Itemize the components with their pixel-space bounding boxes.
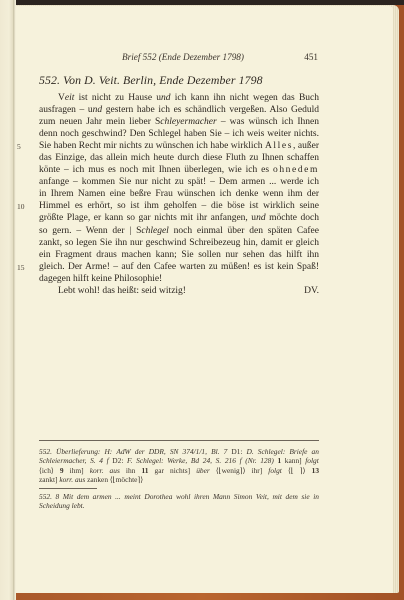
running-head-title: Brief 552 (Ende Dezember 1798)	[122, 52, 244, 62]
letter-line: Veit ist nicht zu Hause und ich kann ihn…	[39, 92, 319, 104]
letter-heading: 552. Von D. Veit. Berlin, Ende Dezember …	[39, 73, 263, 88]
letter-body: Veit ist nicht zu Hause und ich kann ihn…	[39, 92, 319, 297]
letter-closing: Lebt wohl! das heißt: seid witzig! DV.	[39, 285, 319, 297]
letter-line: Himmel es erhört, so ist ihm geholfen – …	[39, 200, 319, 212]
letter-lines: Veit ist nicht zu Hause und ich kann ihn…	[39, 92, 319, 285]
apparatus-rule	[39, 440, 319, 441]
commentary-line: Scheidung lebt.	[39, 501, 319, 510]
letter-line: könte – ich mus es noch mit Ihnen überle…	[39, 164, 319, 176]
page-number: 451	[304, 52, 318, 62]
commentary-note: 552. 8 Mit dem armen ... meint Dorothea …	[39, 492, 319, 511]
margin-line-number: 10	[17, 202, 25, 211]
apparatus-line: Schleiermacher, S. 4 f D2: F. Schlegel: …	[39, 456, 319, 465]
letter-line: Sie haben Recht mir nichts zu wünschen i…	[39, 140, 319, 152]
letter-line: dagegen hilft keine Philosophie!	[39, 273, 319, 285]
textual-apparatus: 552. Überlieferung: H: AdW der DDR, SN 3…	[39, 447, 319, 485]
commentary-line: 552. 8 Mit dem armen ... meint Dorothea …	[39, 492, 319, 501]
letter-line: größte Plage, er kann so gar nichts mit …	[39, 212, 319, 224]
letter-line: ein Fragment draus machen kann; Sie soll…	[39, 249, 319, 261]
letter-line: gleich. Der Arme! – auf den Cafee warten…	[39, 261, 319, 273]
letter-line: zum neuen Jahr mein lieber Schleyermache…	[39, 116, 319, 128]
letter-line: das Einzige, das allein mich heute durch…	[39, 152, 319, 164]
commentary-rule	[39, 488, 97, 489]
letter-line: so gern. – Wenn der | Schlegel noch einm…	[39, 225, 319, 237]
margin-line-number: 15	[17, 263, 25, 272]
apparatus-line: ⟨ich⟩ 9 ihm] korr. aus ihn 11 gar nichts…	[39, 466, 319, 475]
letter-line: anfange – kommen Sie nur nicht zu spät! …	[39, 176, 319, 188]
apparatus-line: zankt] korr. aus zanken ⟨⌊möchte⌉⟩	[39, 475, 319, 484]
letter-line: in Ihrem Namen eine beßre Frau wünschen …	[39, 188, 319, 200]
closing-text: Lebt wohl! das heißt: seid witzig!	[58, 285, 186, 297]
apparatus-line: 552. Überlieferung: H: AdW der DDR, SN 3…	[39, 447, 319, 456]
letter-line: zankt, so legen Sie ihn nur geschwind Sc…	[39, 237, 319, 249]
signature: DV.	[304, 285, 319, 297]
letter-line: ausfragen – und gestern habe ich es schä…	[39, 104, 319, 116]
margin-line-number: 5	[17, 142, 21, 151]
letter-line: denn noch geschwind? Den Schlegel haben …	[39, 128, 319, 140]
